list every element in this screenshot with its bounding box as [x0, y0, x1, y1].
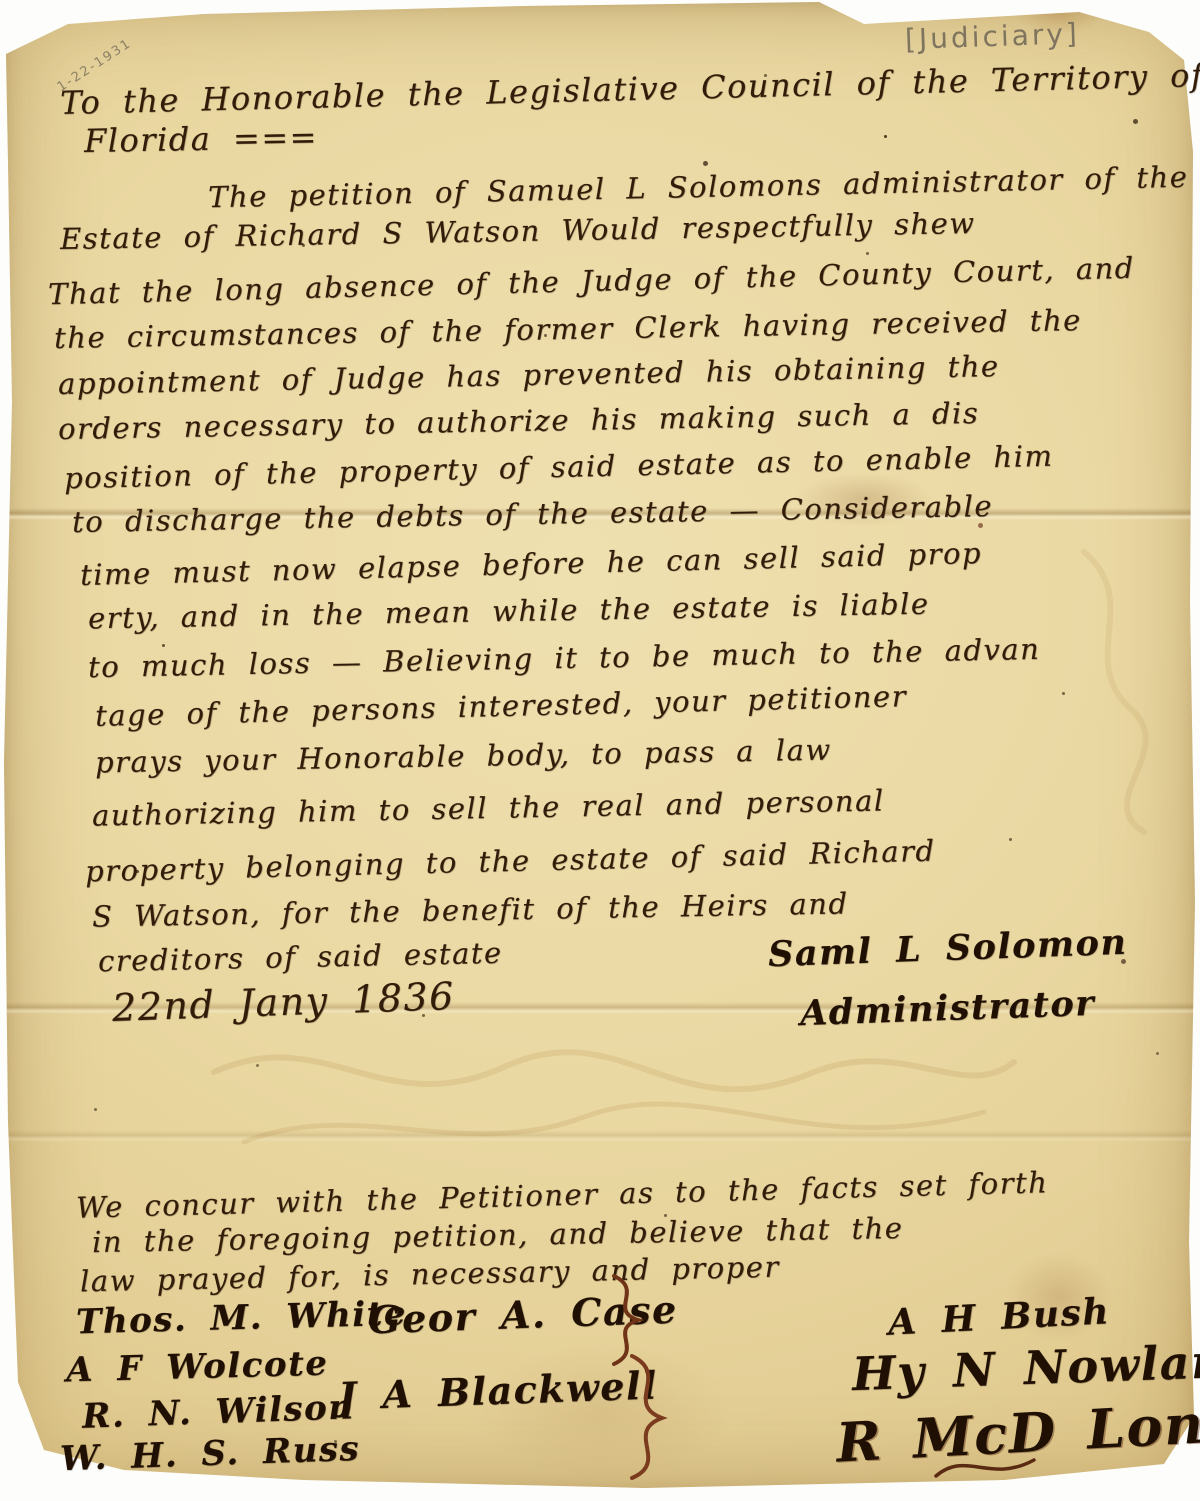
signature: A F Wolcote	[66, 1344, 329, 1391]
ink-bleedthrough	[1064, 542, 1174, 842]
signature-flourish	[930, 1448, 1040, 1488]
flourish-brace	[612, 1352, 682, 1482]
fold-crease	[4, 1130, 1197, 1142]
salutation-line: Florida ===	[84, 118, 319, 160]
ink-bleedthrough	[204, 1012, 1024, 1172]
scanned-document-page: 1-22-1931 [Judiciary] To the Honorable t…	[0, 0, 1200, 1501]
judiciary-stamp-label: [Judiciary]	[904, 17, 1080, 56]
ink-specks	[4, 2, 7, 5]
